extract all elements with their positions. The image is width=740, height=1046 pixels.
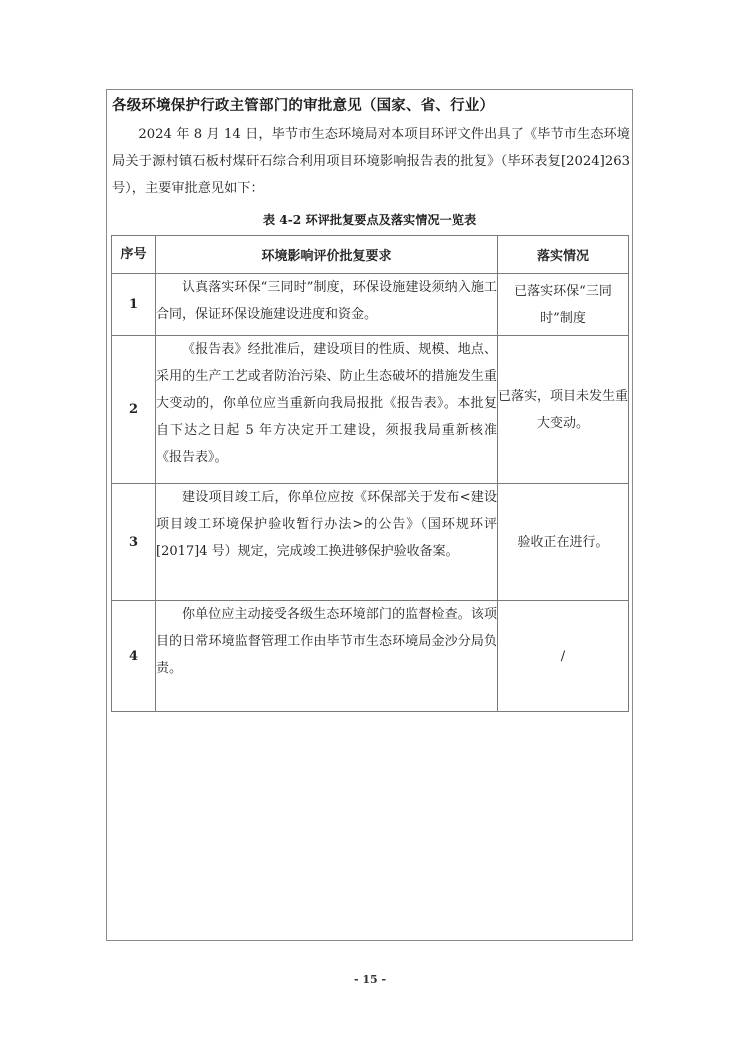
header-index: 序号	[112, 236, 156, 274]
row-requirement: 建设项目竣工后，你单位应按《环保部关于发布<建设项目竣工环境保护验收暂行办法>的…	[156, 484, 498, 601]
table-caption: 表 4-2 环评批复要点及落实情况一览表	[106, 211, 633, 228]
row-requirement: 认真落实环保“三同时”制度，环保设施建设须纳入施工合同，保证环保设施建设进度和资…	[156, 274, 498, 336]
approval-requirements-table: 序号 环境影响评价批复要求 落实情况 1 认真落实环保“三同时”制度，环保设施建…	[111, 235, 629, 712]
row-requirement: 《报告表》经批准后，建设项目的性质、规模、地点、采用的生产工艺或者防治污染、防止…	[156, 336, 498, 484]
row-status: 验收正在进行。	[498, 484, 629, 601]
table-row: 4 你单位应主动接受各级生态环境部门的监督检查。该项目的日常环境监督管理工作由毕…	[112, 601, 629, 712]
table-row: 3 建设项目竣工后，你单位应按《环保部关于发布<建设项目竣工环境保护验收暂行办法…	[112, 484, 629, 601]
table-header-row: 序号 环境影响评价批复要求 落实情况	[112, 236, 629, 274]
row-requirement: 你单位应主动接受各级生态环境部门的监督检查。该项目的日常环境监督管理工作由毕节市…	[156, 601, 498, 712]
header-requirement: 环境影响评价批复要求	[156, 236, 498, 274]
row-status: 已落实环保“三同时”制度	[498, 274, 629, 336]
row-index: 3	[112, 484, 156, 601]
section-heading: 各级环境保护行政主管部门的审批意见（国家、省、行业）	[112, 94, 494, 115]
row-status: /	[498, 601, 629, 712]
page-number: - 15 -	[0, 973, 740, 986]
approval-paragraph: 2024 年 8 月 14 日，毕节市生态环境局对本项目环评文件出具了《毕节市生…	[112, 121, 630, 202]
row-index: 4	[112, 601, 156, 712]
table-row: 1 认真落实环保“三同时”制度，环保设施建设须纳入施工合同，保证环保设施建设进度…	[112, 274, 629, 336]
table-row: 2 《报告表》经批准后，建设项目的性质、规模、地点、采用的生产工艺或者防治污染、…	[112, 336, 629, 484]
row-index: 1	[112, 274, 156, 336]
header-status: 落实情况	[498, 236, 629, 274]
row-status: 已落实，项目未发生重大变动。	[498, 336, 629, 484]
row-index: 2	[112, 336, 156, 484]
